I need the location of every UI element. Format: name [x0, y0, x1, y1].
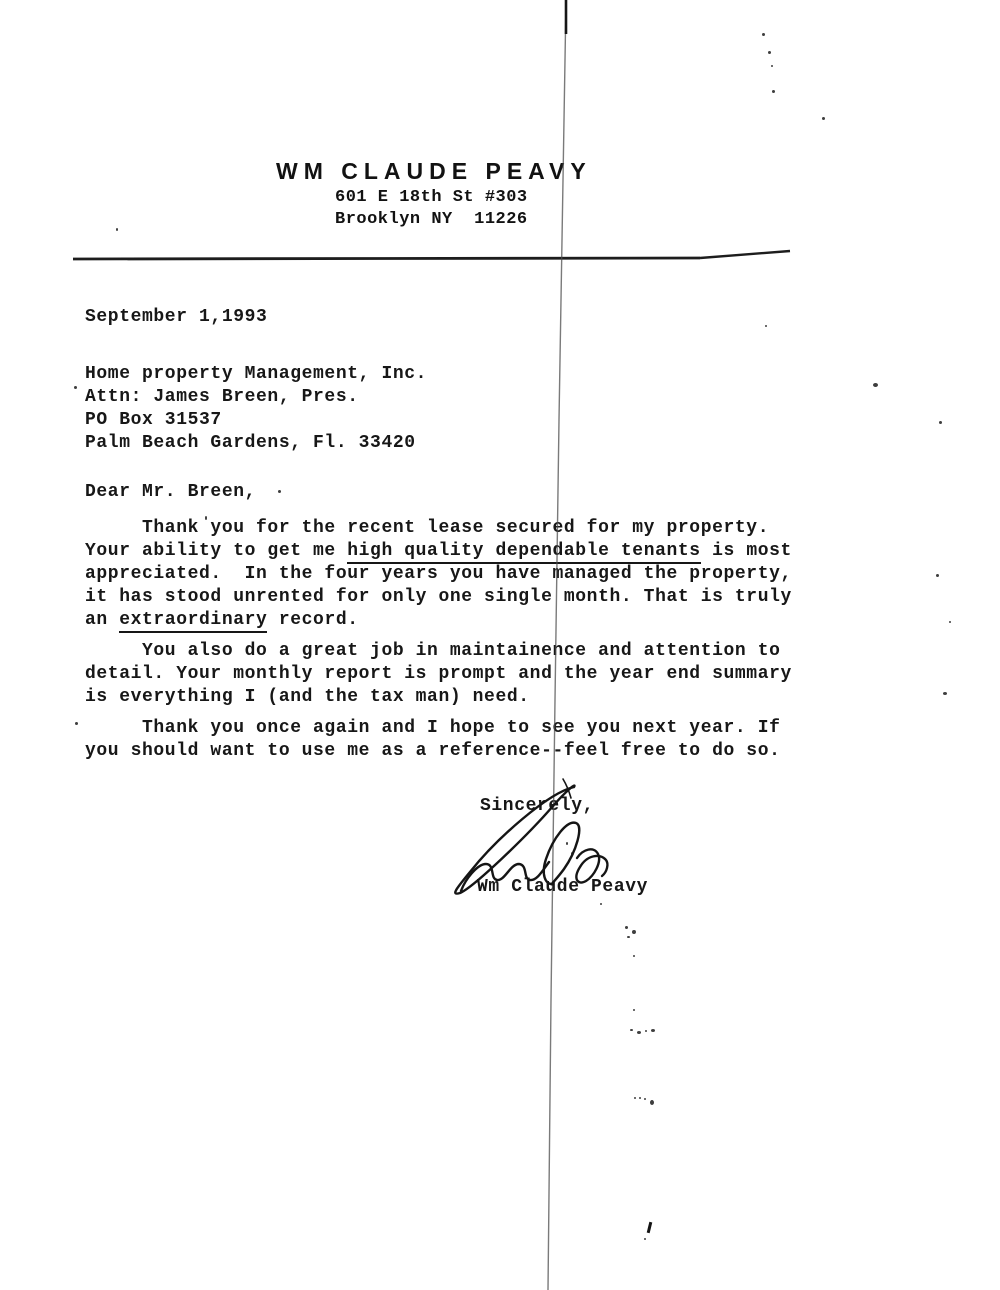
scan-speck: [633, 955, 635, 957]
scan-speck: [634, 1097, 636, 1099]
letterhead-rule: [73, 258, 700, 259]
scan-speck: [768, 51, 771, 54]
letterhead-city: Brooklyn NY 11226: [335, 210, 528, 229]
letterhead-rule-end: [700, 251, 790, 258]
underlined-phrase-extraordinary: extraordinary: [119, 610, 267, 633]
scan-speck: [765, 325, 767, 327]
scan-speck: [762, 33, 765, 36]
underlined-phrase-tenants: high quality dependable tenants: [347, 541, 700, 564]
scan-speck: [632, 930, 636, 934]
scan-speck: [625, 926, 628, 929]
scan-speck: [278, 490, 281, 493]
scan-speck: [116, 228, 118, 231]
recipient-attn: Attn: James Breen, Pres.: [85, 386, 427, 409]
scanned-letter-page: WM CLAUDE PEAVY 601 E 18th St #303 Brook…: [0, 0, 1000, 1290]
recipient-block: Home property Management, Inc. Attn: Jam…: [85, 363, 427, 455]
letterhead-name: WM CLAUDE PEAVY: [276, 158, 592, 185]
paragraph-2: You also do a great job in maintainence …: [85, 640, 792, 709]
scan-speck: [939, 421, 942, 424]
paragraph-1-text: record.: [267, 610, 358, 630]
scan-speck: [822, 117, 825, 120]
scan-speck: [639, 1097, 641, 1099]
scan-speck: [772, 90, 775, 93]
scan-speck: [75, 722, 78, 725]
scan-speck: [936, 574, 939, 577]
scan-speck: [650, 1100, 654, 1105]
scan-speck: [771, 65, 773, 67]
salutation: Dear Mr. Breen,: [85, 481, 256, 504]
scan-speck: [873, 383, 878, 387]
scan-speck: [949, 621, 951, 623]
scan-speck: [645, 1030, 647, 1032]
valediction: Sincerely,: [480, 795, 594, 818]
letterhead-street: 601 E 18th St #303: [335, 188, 528, 207]
scan-speck: [651, 1029, 655, 1032]
signature-name: Wm Claude Peavy: [477, 876, 648, 899]
scan-speck: [644, 1238, 646, 1240]
scan-speck: [637, 1031, 641, 1034]
scan-slash-mark: [647, 1222, 653, 1233]
scan-speck: [600, 903, 602, 905]
paragraph-3: Thank you once again and I hope to see y…: [85, 717, 781, 763]
scan-speck: [205, 516, 207, 520]
scan-speck: [566, 842, 568, 845]
scan-speck: [633, 1009, 635, 1011]
recipient-company: Home property Management, Inc.: [85, 363, 427, 386]
scan-speck: [571, 852, 574, 855]
scan-speck: [74, 386, 77, 389]
scan-speck: [644, 1098, 646, 1100]
recipient-city: Palm Beach Gardens, Fl. 33420: [85, 432, 427, 455]
scan-speck: [627, 936, 630, 938]
paragraph-1: Thank you for the recent lease secured f…: [85, 517, 792, 632]
scan-speck: [630, 1029, 633, 1031]
letter-date: September 1,1993: [85, 306, 267, 329]
scan-speck: [943, 692, 947, 695]
recipient-pobox: PO Box 31537: [85, 409, 427, 432]
